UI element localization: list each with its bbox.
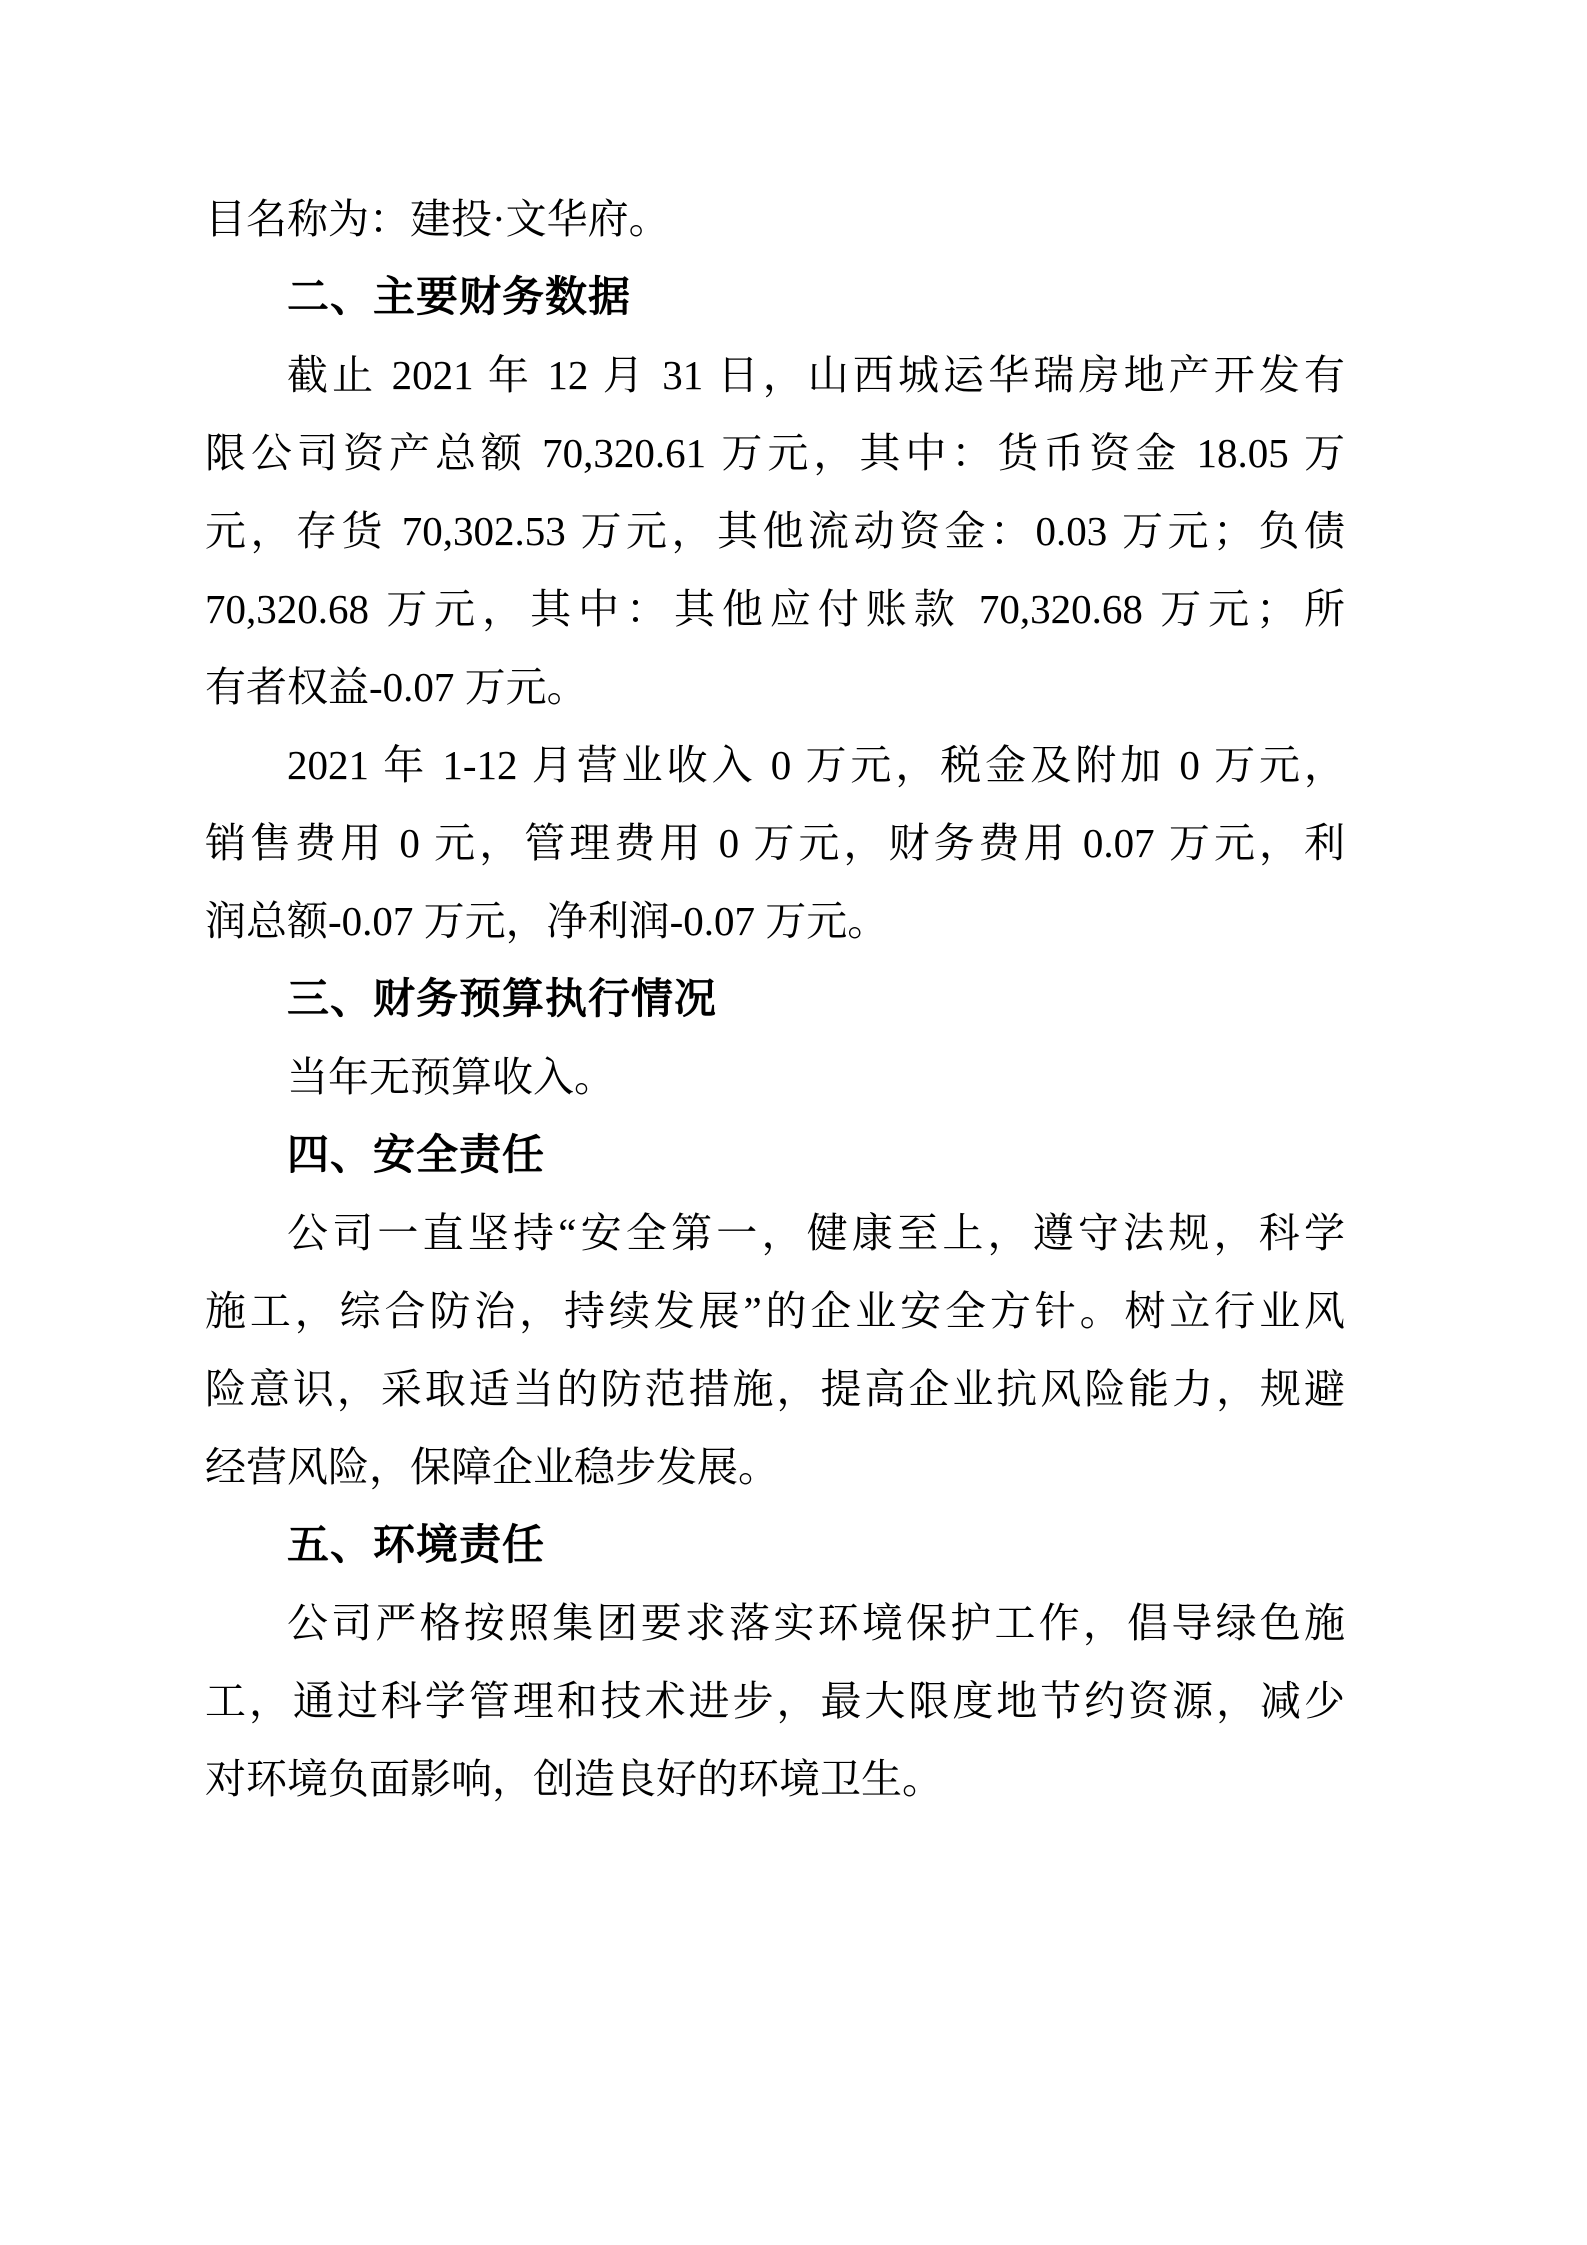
text-line: 有者权益-0.07 万元。 <box>205 648 1345 726</box>
section-heading-safety-responsibility: 四、安全责任 <box>205 1116 1345 1194</box>
section-heading-environmental-responsibility: 五、环境责任 <box>205 1506 1345 1584</box>
text-line: 施工，综合防治，持续发展”的企业安全方针。树立行业风 <box>205 1272 1345 1350</box>
text-line: 公司一直坚持“安全第一，健康至上，遵守法规，科学 <box>205 1194 1345 1272</box>
text-line: 元，存货 70,302.53 万元，其他流动资金：0.03 万元；负债 <box>205 492 1345 570</box>
text-line: 2021 年 1-12 月营业收入 0 万元，税金及附加 0 万元， <box>205 726 1345 804</box>
document-page: 目名称为：建投·文华府。 二、主要财务数据 截止 2021 年 12 月 31 … <box>0 0 1587 2245</box>
section-heading-budget-execution: 三、财务预算执行情况 <box>205 960 1345 1038</box>
text-line: 经营风险，保障企业稳步发展。 <box>205 1428 1345 1506</box>
text-line: 险意识，采取适当的防范措施，提高企业抗风险能力，规避 <box>205 1350 1345 1428</box>
text-line: 当年无预算收入。 <box>205 1038 1345 1116</box>
text-line: 销售费用 0 元，管理费用 0 万元，财务费用 0.07 万元，利 <box>205 804 1345 882</box>
text-line: 对环境负面影响，创造良好的环境卫生。 <box>205 1740 1345 1818</box>
section-heading-main-financial-data: 二、主要财务数据 <box>205 258 1345 336</box>
text-line: 润总额-0.07 万元，净利润-0.07 万元。 <box>205 882 1345 960</box>
text-line: 工，通过科学管理和技术进步，最大限度地节约资源，减少 <box>205 1662 1345 1740</box>
text-line: 限公司资产总额 70,320.61 万元，其中：货币资金 18.05 万 <box>205 414 1345 492</box>
text-line: 公司严格按照集团要求落实环境保护工作，倡导绿色施 <box>205 1584 1345 1662</box>
document-content: 目名称为：建投·文华府。 二、主要财务数据 截止 2021 年 12 月 31 … <box>205 180 1345 1818</box>
text-line: 70,320.68 万元，其中：其他应付账款 70,320.68 万元；所 <box>205 570 1345 648</box>
text-line-carryover: 目名称为：建投·文华府。 <box>205 180 1345 258</box>
text-line: 截止 2021 年 12 月 31 日，山西城运华瑞房地产开发有 <box>205 336 1345 414</box>
